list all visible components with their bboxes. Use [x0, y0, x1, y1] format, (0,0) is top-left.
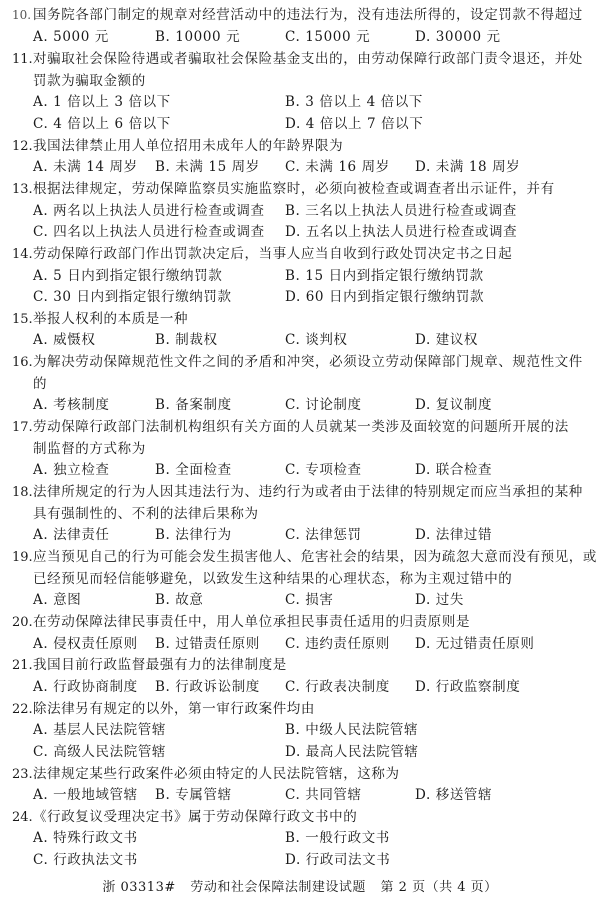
option-b: B. 10000 元 [155, 27, 240, 48]
option-c: C. 4 倍以上 6 倍以下 [33, 114, 171, 135]
question-number: 21. [12, 655, 33, 676]
question-text: 我国法律禁止用人单位招用未成年人的年龄界限为 [33, 136, 343, 157]
option-a: A. 基层人民法院管辖 [33, 720, 166, 741]
question-text: 举报人权利的本质是一种 [33, 309, 188, 330]
question-number: 12. [12, 136, 33, 157]
option-b: B. 全面检查 [155, 460, 232, 481]
option-a: A. 意图 [33, 590, 81, 611]
option-c: C. 行政表决制度 [285, 677, 390, 698]
option-d: D. 行政司法文书 [285, 850, 390, 871]
option-a: A. 1 倍以上 3 倍以下 [33, 92, 171, 113]
question-text: 法律规定某些行政案件必须由特定的人民法院管辖，这称为 [33, 764, 400, 785]
option-a: A. 法律责任 [33, 525, 110, 546]
option-c: C. 讨论制度 [285, 395, 362, 416]
question-text-continued: 罚款为骗取金额的 [33, 71, 146, 92]
option-b: B. 15 日内到指定银行缴纳罚款 [285, 266, 484, 287]
question-text: 法律所规定的行为人因其违法行为、违约行为或者由于法律的特别规定而应当承担的某种 [33, 482, 583, 503]
option-d: D. 未满 18 周岁 [415, 157, 520, 178]
page-footer: 浙 03313# 劳动和社会保障法制建设试题 第 2 页（共 4 页） [0, 878, 600, 898]
option-d: D. 4 倍以上 7 倍以下 [285, 114, 423, 135]
question-text: 我国目前行政监督最强有力的法律制度是 [33, 655, 287, 676]
option-a: A. 两名以上执法人员进行检查或调查 [33, 201, 265, 222]
question-text: 除法律另有规定的以外，第一审行政案件均由 [33, 699, 315, 720]
question-text: 应当预见自己的行为可能会发生损害他人、危害社会的结果，因为疏忽大意而没有预见，或 [33, 547, 597, 568]
option-b: B. 一般行政文书 [285, 828, 390, 849]
exam-title: 劳动和社会保障法制建设试题 [190, 880, 366, 895]
question-number: 18. [12, 482, 33, 503]
option-b: B. 三名以上执法人员进行检查或调查 [285, 201, 517, 222]
question-number: 19. [12, 547, 33, 568]
option-a: A. 一般地域管辖 [33, 785, 138, 806]
option-a: A. 威慑权 [33, 330, 95, 351]
question-text-continued: 的 [33, 374, 47, 395]
option-d: D. 过失 [415, 590, 464, 611]
option-d: D. 最高人民法院管辖 [285, 742, 419, 763]
option-b: B. 备案制度 [155, 395, 232, 416]
question-number: 23. [12, 764, 33, 785]
option-b: B. 3 倍以上 4 倍以下 [285, 92, 423, 113]
option-a: A. 5 日内到指定银行缴纳罚款 [33, 266, 222, 287]
option-d: D. 移送管辖 [415, 785, 492, 806]
option-c: C. 专项检查 [285, 460, 362, 481]
option-a: A. 行政协商制度 [33, 677, 138, 698]
question-text: 在劳动保障法律民事责任中，用人单位承担民事责任适用的归责原则是 [33, 612, 470, 633]
option-a: A. 独立检查 [33, 460, 110, 481]
option-d: D. 五名以上执法人员进行检查或调查 [285, 222, 517, 243]
question-number: 22. [12, 699, 33, 720]
option-d: D. 复议制度 [415, 395, 492, 416]
option-b: B. 法律行为 [155, 525, 232, 546]
option-a: A. 特殊行政文书 [33, 828, 138, 849]
option-d: D. 建议权 [415, 330, 478, 351]
option-b: B. 过错责任原则 [155, 634, 260, 655]
option-a: A. 未满 14 周岁 [33, 157, 138, 178]
option-a: A. 侵权责任原则 [33, 634, 138, 655]
question-number: 13. [12, 179, 33, 200]
question-text-continued: 制监督的方式称为 [33, 439, 146, 460]
option-d: D. 无过错责任原则 [415, 634, 534, 655]
option-d: D. 30000 元 [415, 27, 501, 48]
option-c: C. 违约责任原则 [285, 634, 390, 655]
option-c: C. 15000 元 [285, 27, 370, 48]
option-c: C. 共同管辖 [285, 785, 362, 806]
option-b: B. 故意 [155, 590, 204, 611]
question-text: 《行政复议受理决定书》属于劳动保障行政文书中的 [33, 807, 357, 828]
option-c: C. 30 日内到指定银行缴纳罚款 [33, 287, 232, 308]
option-d: D. 法律过错 [415, 525, 492, 546]
question-text: 劳动保障行政部门作出罚款决定后，当事人应当自收到行政处罚决定书之日起 [33, 244, 512, 265]
option-b: B. 专属管辖 [155, 785, 232, 806]
option-c: C. 行政执法文书 [33, 850, 138, 871]
option-a: A. 5000 元 [33, 27, 109, 48]
exam-code: 浙 03313# [102, 880, 175, 895]
question-text: 国务院各部门制定的规章对经营活动中的违法行为，没有违法所得的，设定罚款不得超过 [33, 5, 583, 26]
option-b: B. 行政诉讼制度 [155, 677, 260, 698]
option-c: C. 未满 16 周岁 [285, 157, 390, 178]
page-number: 第 2 页（共 4 页） [381, 880, 498, 895]
question-number: 11. [12, 49, 33, 70]
option-c: C. 高级人民法院管辖 [33, 742, 166, 763]
option-c: C. 谈判权 [285, 330, 348, 351]
question-number: 16. [12, 352, 33, 373]
question-text-continued: 已经预见而轻信能够避免，以致发生这种结果的心理状态，称为主观过错中的 [33, 569, 512, 590]
option-c: C. 法律惩罚 [285, 525, 362, 546]
question-text: 对骗取社会保险待遇或者骗取社会保险基金支出的，由劳动保障行政部门责令退还，并处 [33, 49, 583, 70]
question-number: 10. [12, 5, 31, 26]
option-b: B. 中级人民法院管辖 [285, 720, 418, 741]
question-text: 为解决劳动保障规范性文件之间的矛盾和冲突，必须设立劳动保障部门规章、规范性文件 [33, 352, 583, 373]
question-number: 17. [12, 417, 33, 438]
option-b: B. 未满 15 周岁 [155, 157, 260, 178]
question-number: 15. [12, 309, 33, 330]
option-d: D. 60 日内到指定银行缴纳罚款 [285, 287, 484, 308]
exam-page: 10. 国务院各部门制定的规章对经营活动中的违法行为，没有违法所得的，设定罚款不… [0, 0, 600, 914]
option-d: D. 联合检查 [415, 460, 492, 481]
option-a: A. 考核制度 [33, 395, 110, 416]
question-number: 14. [12, 244, 33, 265]
question-number: 24. [12, 807, 33, 828]
question-text: 根据法律规定，劳动保障监察员实施监察时，必须向被检查或调查者出示证件，并有 [33, 179, 555, 200]
question-number: 20. [12, 612, 33, 633]
option-c: C. 损害 [285, 590, 333, 611]
option-b: B. 制裁权 [155, 330, 218, 351]
question-text-continued: 具有强制性的、不利的法律后果称为 [33, 504, 259, 525]
option-d: D. 行政监察制度 [415, 677, 520, 698]
option-c: C. 四名以上执法人员进行检查或调查 [33, 222, 265, 243]
question-text: 劳动保障行政部门法制机构组织有关方面的人员就某一类涉及面较宽的问题所开展的法 [33, 417, 569, 438]
